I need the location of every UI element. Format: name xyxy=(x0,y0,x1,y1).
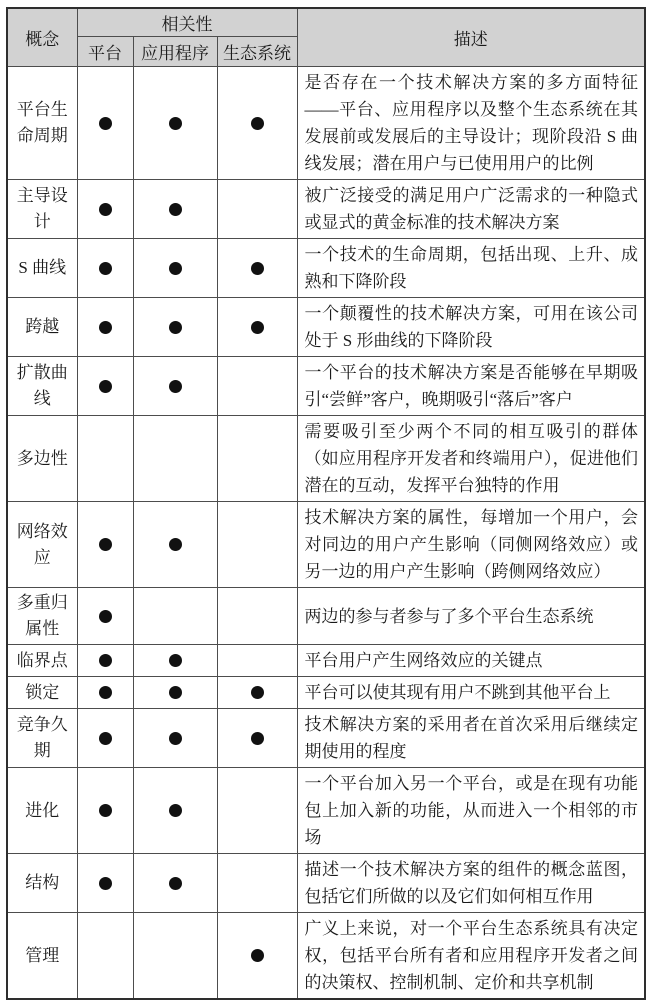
relevance-dot xyxy=(169,804,182,817)
relevance-dot xyxy=(169,321,182,334)
relevance-dot xyxy=(99,321,112,334)
platform-dot-cell xyxy=(77,854,133,913)
application-dot-cell xyxy=(133,677,217,709)
platform-dot-cell xyxy=(77,357,133,416)
application-dot-cell xyxy=(133,298,217,357)
relevance-dot xyxy=(99,380,112,393)
table-row: 网络效应 技术解决方案的属性，每增加一个用户，会对同边的用户产生影响（同侧网络效… xyxy=(7,502,645,588)
ecosystem-dot-cell xyxy=(217,677,297,709)
description-column-header: 描述 xyxy=(297,8,645,67)
description-cell: 描述一个技术解决方案的组件的概念蓝图，包括它们所做的以及它们如何相互作用 xyxy=(297,854,645,913)
platform-dot-cell xyxy=(77,588,133,645)
relevance-dot xyxy=(251,262,264,275)
concept-cell: 管理 xyxy=(7,913,77,1000)
concept-cell: 多重归属性 xyxy=(7,588,77,645)
platform-dot-cell xyxy=(77,180,133,239)
table-header: 概念 相关性 描述 平台 应用程序 生态系统 xyxy=(7,8,645,67)
application-dot-cell xyxy=(133,239,217,298)
platform-dot-cell xyxy=(77,709,133,768)
table-row: 竞争久期 技术解决方案的采用者在首次采用后继续定期使用的程度 xyxy=(7,709,645,768)
platform-dot-cell xyxy=(77,677,133,709)
platform-dot-cell xyxy=(77,239,133,298)
relevance-dot xyxy=(251,321,264,334)
platform-dot-cell xyxy=(77,502,133,588)
relevance-dot xyxy=(99,804,112,817)
application-dot-cell xyxy=(133,854,217,913)
ecosystem-dot-cell xyxy=(217,298,297,357)
relevance-dot xyxy=(99,262,112,275)
concept-cell: 结构 xyxy=(7,854,77,913)
table-row: 主导设计 被广泛接受的满足用户广泛需求的一种隐式或显式的黄金标准的技术解决方案 xyxy=(7,180,645,239)
concept-cell: 平台生命周期 xyxy=(7,67,77,180)
ecosystem-dot-cell xyxy=(217,67,297,180)
description-cell: 是否存在一个技术解决方案的多方面特征——平台、应用程序以及整个生态系统在其发展前… xyxy=(297,67,645,180)
description-cell: 两边的参与者参与了多个平台生态系统 xyxy=(297,588,645,645)
relevance-dot xyxy=(99,686,112,699)
relevance-dot xyxy=(251,949,264,962)
table-row: 结构 描述一个技术解决方案的组件的概念蓝图，包括它们所做的以及它们如何相互作用 xyxy=(7,854,645,913)
platform-column-header: 平台 xyxy=(77,37,133,67)
application-dot-cell xyxy=(133,709,217,768)
description-cell: 技术解决方案的采用者在首次采用后继续定期使用的程度 xyxy=(297,709,645,768)
ecosystem-dot-cell xyxy=(217,416,297,502)
concept-cell: 进化 xyxy=(7,768,77,854)
relevance-dot xyxy=(169,203,182,216)
ecosystem-dot-cell xyxy=(217,239,297,298)
application-dot-cell xyxy=(133,588,217,645)
concept-relevance-table: 概念 相关性 描述 平台 应用程序 生态系统 平台生命周期 是否存在一个技术解决… xyxy=(6,7,646,1000)
relevance-dot xyxy=(251,732,264,745)
relevance-dot xyxy=(169,380,182,393)
ecosystem-column-header: 生态系统 xyxy=(217,37,297,67)
table-row: 多重归属性 两边的参与者参与了多个平台生态系统 xyxy=(7,588,645,645)
table-row: 临界点 平台用户产生网络效应的关键点 xyxy=(7,645,645,677)
platform-dot-cell xyxy=(77,416,133,502)
application-dot-cell xyxy=(133,502,217,588)
table-row: 扩散曲线 一个平台的技术解决方案是否能够在早期吸引“尝鲜”客户，晚期吸引“落后”… xyxy=(7,357,645,416)
ecosystem-dot-cell xyxy=(217,180,297,239)
relevance-dot xyxy=(99,654,112,667)
platform-dot-cell xyxy=(77,913,133,1000)
application-dot-cell xyxy=(133,645,217,677)
relevance-dot xyxy=(169,654,182,667)
relevance-dot xyxy=(99,732,112,745)
ecosystem-dot-cell xyxy=(217,645,297,677)
table-row: 平台生命周期 是否存在一个技术解决方案的多方面特征——平台、应用程序以及整个生态… xyxy=(7,67,645,180)
relevance-group-header: 相关性 xyxy=(77,8,297,37)
application-dot-cell xyxy=(133,357,217,416)
description-cell: 平台可以使其现有用户不跳到其他平台上 xyxy=(297,677,645,709)
concept-cell: 主导设计 xyxy=(7,180,77,239)
relevance-dot xyxy=(99,203,112,216)
description-cell: 需要吸引至少两个不同的相互吸引的群体（如应用程序开发者和终端用户），促进他们潜在… xyxy=(297,416,645,502)
description-cell: 广义上来说，对一个平台生态系统具有决定权，包括平台所有者和应用程序开发者之间的决… xyxy=(297,913,645,1000)
concept-cell: 多边性 xyxy=(7,416,77,502)
ecosystem-dot-cell xyxy=(217,913,297,1000)
concept-cell: 扩散曲线 xyxy=(7,357,77,416)
relevance-dot xyxy=(251,686,264,699)
relevance-dot xyxy=(99,117,112,130)
relevance-dot xyxy=(169,538,182,551)
description-cell: 一个颠覆性的技术解决方案，可用在该公司处于 S 形曲线的下降阶段 xyxy=(297,298,645,357)
description-cell: 被广泛接受的满足用户广泛需求的一种隐式或显式的黄金标准的技术解决方案 xyxy=(297,180,645,239)
application-dot-cell xyxy=(133,768,217,854)
application-dot-cell xyxy=(133,180,217,239)
description-cell: 一个技术的生命周期，包括出现、上升、成熟和下降阶段 xyxy=(297,239,645,298)
relevance-dot xyxy=(169,732,182,745)
concept-cell: 竞争久期 xyxy=(7,709,77,768)
platform-dot-cell xyxy=(77,67,133,180)
concept-cell: S 曲线 xyxy=(7,239,77,298)
concept-cell: 临界点 xyxy=(7,645,77,677)
platform-dot-cell xyxy=(77,298,133,357)
table-row: 管理 广义上来说，对一个平台生态系统具有决定权，包括平台所有者和应用程序开发者之… xyxy=(7,913,645,1000)
relevance-dot xyxy=(169,117,182,130)
table-row: S 曲线 一个技术的生命周期，包括出现、上升、成熟和下降阶段 xyxy=(7,239,645,298)
ecosystem-dot-cell xyxy=(217,854,297,913)
description-cell: 平台用户产生网络效应的关键点 xyxy=(297,645,645,677)
application-column-header: 应用程序 xyxy=(133,37,217,67)
table-body: 平台生命周期 是否存在一个技术解决方案的多方面特征——平台、应用程序以及整个生态… xyxy=(7,67,645,1000)
relevance-dot xyxy=(169,877,182,890)
relevance-dot xyxy=(99,538,112,551)
relevance-dot xyxy=(169,262,182,275)
table-row: 多边性 需要吸引至少两个不同的相互吸引的群体（如应用程序开发者和终端用户），促进… xyxy=(7,416,645,502)
relevance-dot xyxy=(99,877,112,890)
relevance-dot xyxy=(169,686,182,699)
concept-cell: 锁定 xyxy=(7,677,77,709)
relevance-dot xyxy=(99,610,112,623)
platform-dot-cell xyxy=(77,645,133,677)
ecosystem-dot-cell xyxy=(217,502,297,588)
ecosystem-dot-cell xyxy=(217,588,297,645)
concept-cell: 跨越 xyxy=(7,298,77,357)
description-cell: 一个平台的技术解决方案是否能够在早期吸引“尝鲜”客户，晚期吸引“落后”客户 xyxy=(297,357,645,416)
table-row: 锁定 平台可以使其现有用户不跳到其他平台上 xyxy=(7,677,645,709)
header-row-1: 概念 相关性 描述 xyxy=(7,8,645,37)
platform-dot-cell xyxy=(77,768,133,854)
concept-column-header: 概念 xyxy=(7,8,77,67)
application-dot-cell xyxy=(133,913,217,1000)
application-dot-cell xyxy=(133,416,217,502)
page: 概念 相关性 描述 平台 应用程序 生态系统 平台生命周期 是否存在一个技术解决… xyxy=(0,0,650,1007)
table-row: 跨越 一个颠覆性的技术解决方案，可用在该公司处于 S 形曲线的下降阶段 xyxy=(7,298,645,357)
application-dot-cell xyxy=(133,67,217,180)
ecosystem-dot-cell xyxy=(217,768,297,854)
description-cell: 一个平台加入另一个平台，或是在现有功能包上加入新的功能，从而进入一个相邻的市场 xyxy=(297,768,645,854)
ecosystem-dot-cell xyxy=(217,709,297,768)
relevance-dot xyxy=(251,117,264,130)
description-cell: 技术解决方案的属性，每增加一个用户，会对同边的用户产生影响（同侧网络效应）或另一… xyxy=(297,502,645,588)
ecosystem-dot-cell xyxy=(217,357,297,416)
table-row: 进化 一个平台加入另一个平台，或是在现有功能包上加入新的功能，从而进入一个相邻的… xyxy=(7,768,645,854)
concept-cell: 网络效应 xyxy=(7,502,77,588)
